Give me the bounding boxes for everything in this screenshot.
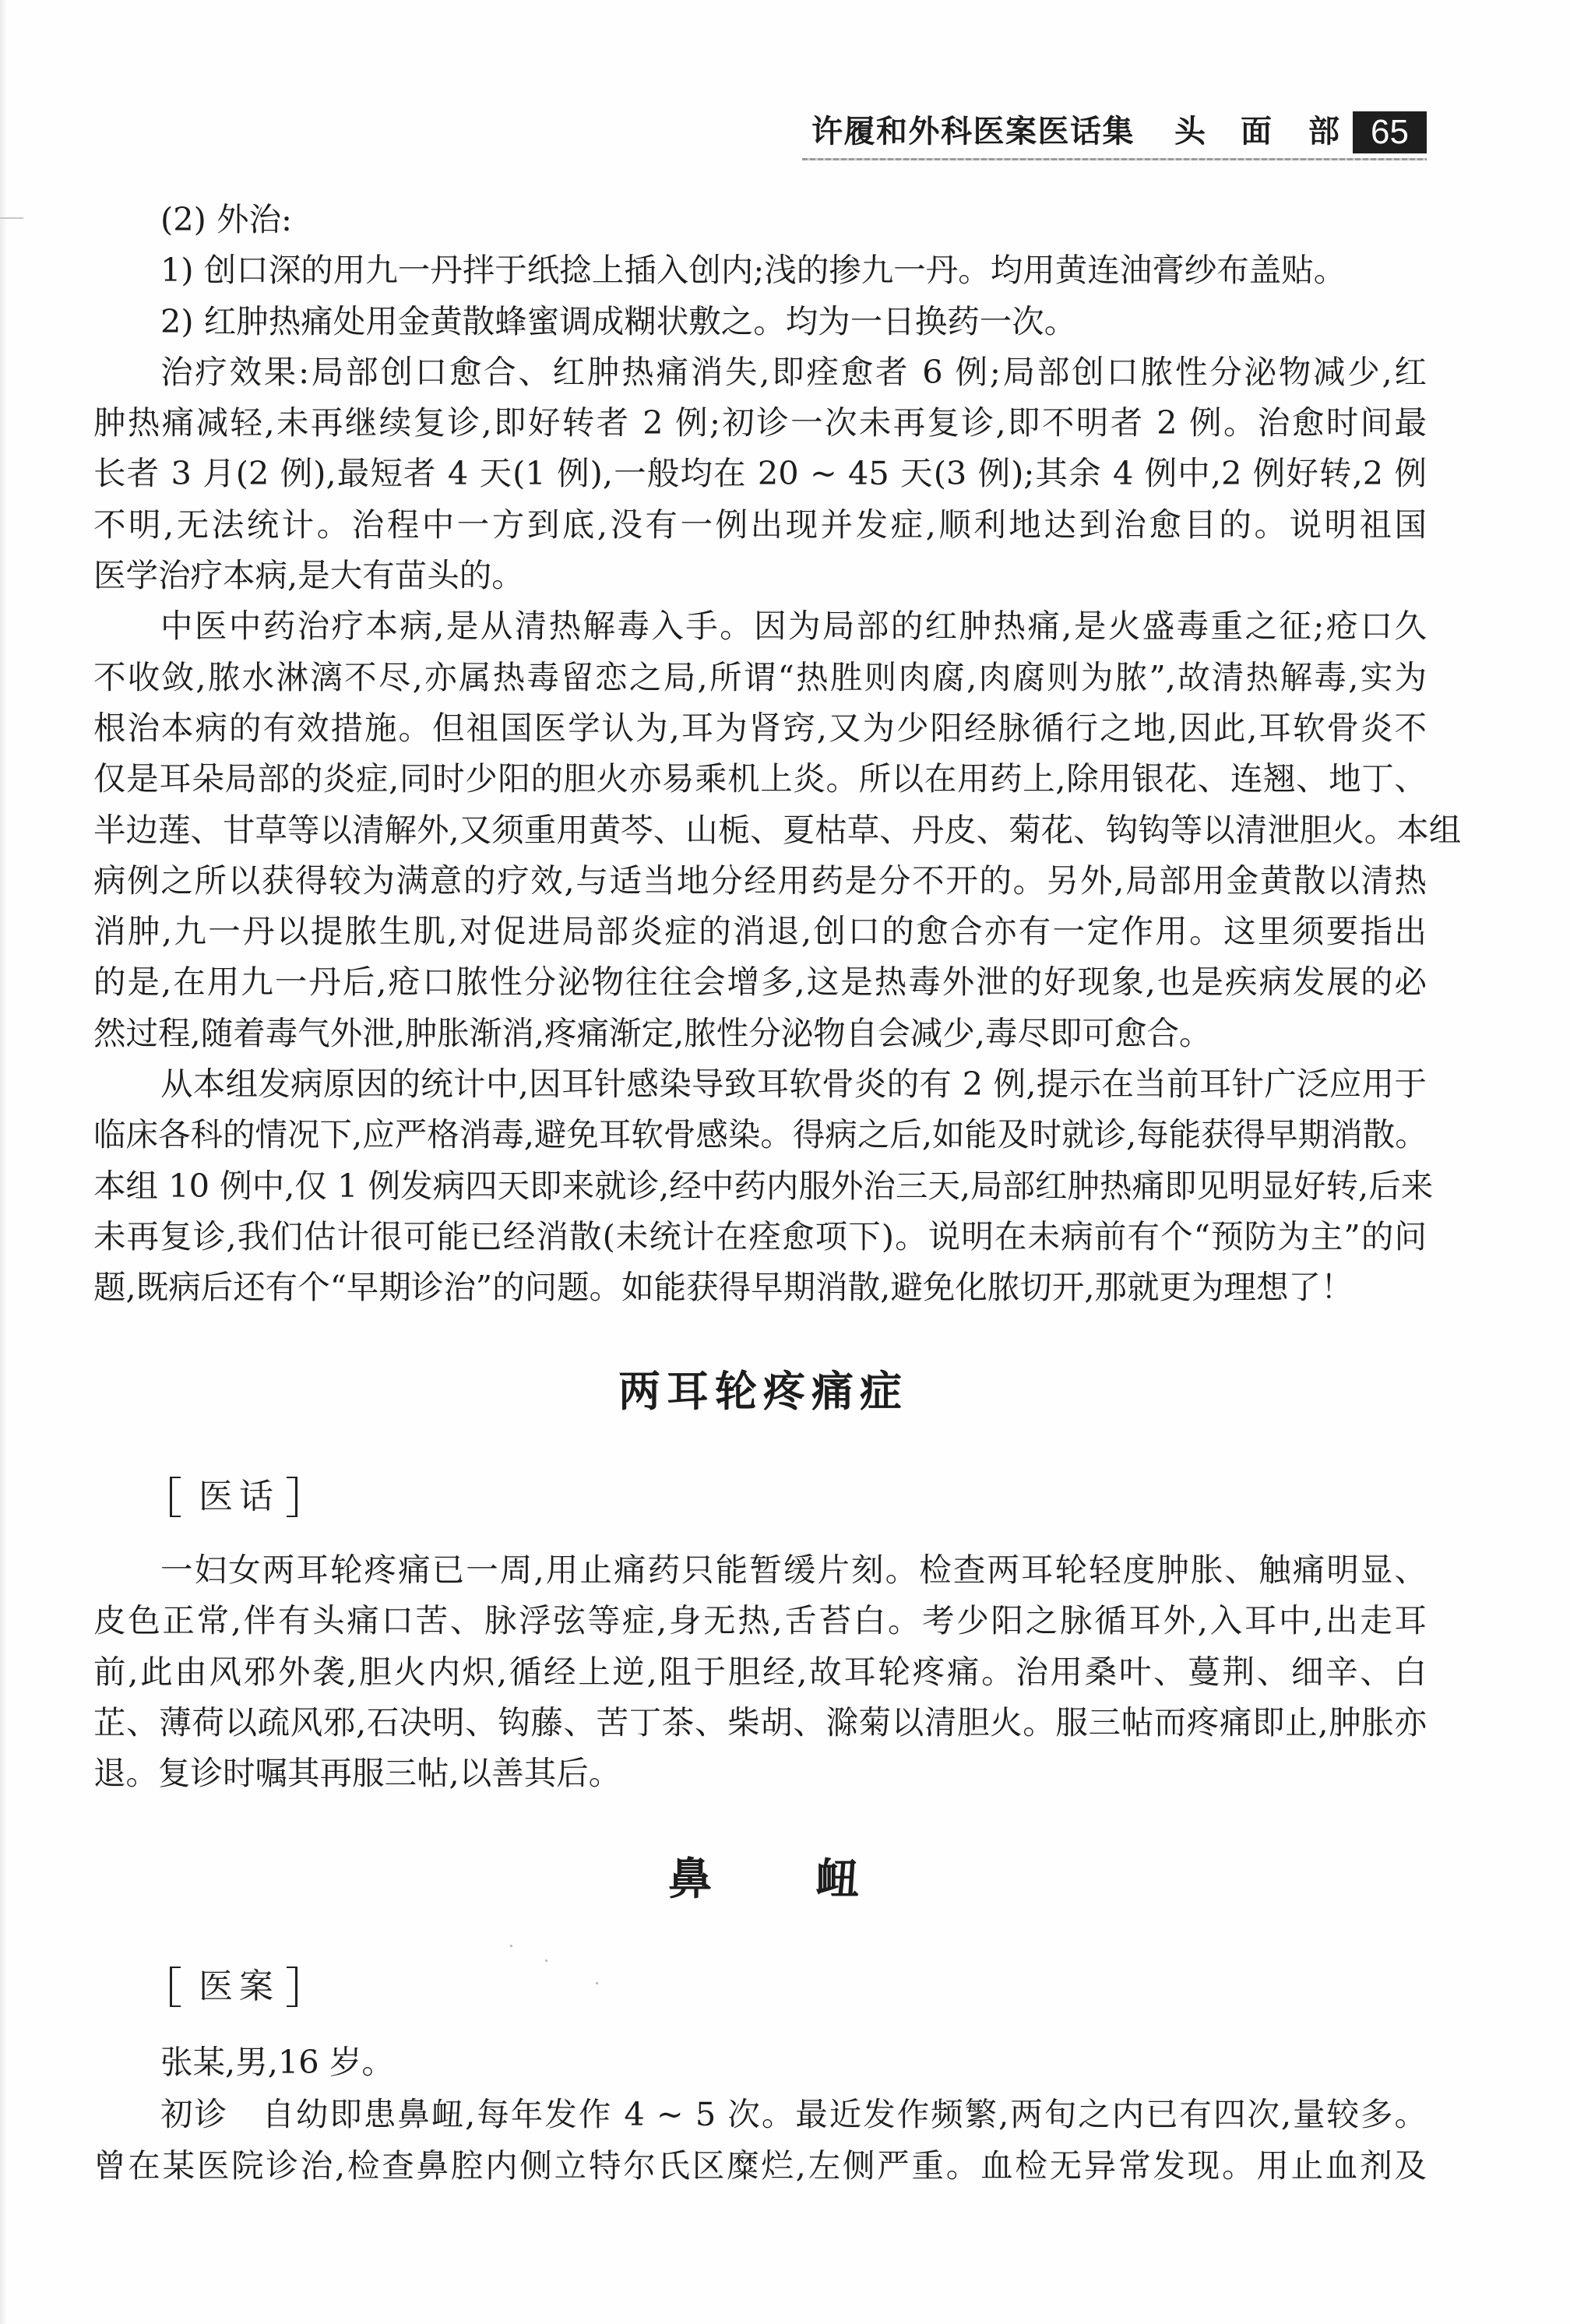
scan-edge-shadow: [0, 0, 7, 2324]
label-text: 医案: [181, 1967, 287, 2007]
paragraph-line: 肿热痛减轻,未再继续复诊,即好转者 2 例;初诊一次未再复诊,即不明者 2 例。…: [93, 397, 1427, 448]
continuation-block: (2) 外治: 1) 创口深的用九一丹拌于纸捻上插入创内;浅的掺九一丹。均用黄连…: [93, 194, 1427, 1313]
paragraph-line: 曾在某医院诊治,检查鼻腔内侧立特尔氏区糜烂,左侧严重。血检无异常发现。用止血剂及: [93, 2140, 1427, 2192]
paragraph-line: 根治本病的有效措施。但祖国医学认为,耳为肾窍,又为少阳经脉循行之地,因此,耳软骨…: [93, 702, 1427, 753]
bracket-left: [170, 1967, 181, 2007]
running-header-section-char: 部: [1308, 113, 1340, 150]
paragraph-line: 半边莲、甘草等以清解外,又须重用黄芩、山栀、夏枯草、丹皮、菊花、钩钩等以清泄胆火…: [93, 805, 1427, 855]
book-page: 许履和外科医案医话集 头 面 部 65 (2) 外治: 1) 创口深的用九一丹拌…: [0, 0, 1570, 2324]
treatment-item: 1) 创口深的用九一丹拌于纸捻上插入创内;浅的掺九一丹。均用黄连油膏纱布盖贴。: [93, 245, 1427, 295]
paragraph-line: 不收敛,脓水淋漓不尽,亦属热毒留恋之局,所谓“热胜则肉腐,肉腐则为脓”,故清热解…: [93, 652, 1427, 702]
treatment-item: 2) 红肿热痛处用金黄散蜂蜜调成糊状敷之。均为一日换药一次。: [93, 296, 1427, 347]
running-header-section-char: 头: [1174, 113, 1206, 150]
paragraph-line: 从本组发病原因的统计中,因耳针感染导致耳软骨炎的有 2 例,提示在当前耳针广泛应…: [93, 1058, 1427, 1109]
paragraph-line: 未再复诊,我们估计很可能已经消散(未统计在痊愈项下)。说明在未病前有个“预防为主…: [93, 1211, 1427, 1262]
header-rule: [802, 158, 1427, 160]
paragraph-line: 医学治疗本病,是大有苗头的。: [93, 550, 1427, 600]
paragraph-line: 消肿,九一丹以提脓生肌,对促进局部炎症的消退,创口的愈合亦有一定作用。这里须要指…: [93, 906, 1427, 956]
paragraph-line: 病例之所以获得较为满意的疗效,与适当地分经用药是分不开的。另外,局部用金黄散以清…: [93, 855, 1427, 906]
paragraph-line: 芷、薄荷以疏风邪,石决明、钩藤、苦丁茶、柴胡、滁菊以清胆火。服三帖而疼痛即止,肿…: [93, 1697, 1427, 1748]
paragraph-line: 中医中药治疗本病,是从清热解毒入手。因为局部的红肿热痛,是火盛毒重之征;疮口久: [93, 600, 1427, 651]
running-header-section-char: 面: [1240, 113, 1273, 150]
paragraph-line: 初诊 自幼即患鼻衄,每年发作 4 ~ 5 次。最近发作频繁,两旬之内已有四次,量…: [93, 2089, 1427, 2141]
paragraph-line: 一妇女两耳轮疼痛已一周,用止痛药只能暂缓片刻。检查两耳轮轻度肿胀、触痛明显、: [93, 1544, 1427, 1595]
bracket-left: [170, 1477, 181, 1517]
section-label-case-record: 医案: [170, 1967, 297, 2007]
paragraph-line: 题,既病后还有个“早期诊治”的问题。如能获得早期消散,避免化脓切开,那就更为理想…: [93, 1262, 1427, 1312]
running-header-book-title: 许履和外科医案医话集: [811, 113, 1135, 150]
label-text: 医话: [181, 1477, 287, 1517]
section-title-ear-pain: 两耳轮疼痛症: [93, 1364, 1427, 1419]
scan-speck: [510, 1945, 512, 1947]
paragraph-line: 长者 3 月(2 例),最短者 4 天(1 例),一般均在 20 ~ 45 天(…: [93, 448, 1427, 498]
paragraph-line: 皮色正常,伴有头痛口苦、脉浮弦等症,身无热,舌苔白。考少阳之脉循耳外,入耳中,出…: [93, 1595, 1427, 1646]
paragraph-line: 前,此由风邪外袭,胆火内炽,循经上逆,阻于胆经,故耳轮疼痛。治用桑叶、蔓荆、细辛…: [93, 1646, 1427, 1697]
page-number-badge: 65: [1353, 111, 1427, 153]
paragraph-line: 退。复诊时嘱其再服三帖,以善其后。: [93, 1748, 1427, 1798]
section-title-nosebleed-char: 鼻: [667, 1852, 713, 1908]
bracket-right: [287, 1967, 297, 2007]
patient-info-line: 张某,男,16 岁。: [93, 2037, 1427, 2089]
paragraph-line: 仅是耳朵局部的炎症,同时少阳的胆火亦易乘机上炎。所以在用药上,除用银花、连翘、地…: [93, 753, 1427, 804]
section-ear-pain-body: 一妇女两耳轮疼痛已一周,用止痛药只能暂缓片刻。检查两耳轮轻度肿胀、触痛明显、 皮…: [93, 1544, 1427, 1798]
scan-speck: [596, 1982, 598, 1984]
section-nosebleed-body: 张某,男,16 岁。 初诊 自幼即患鼻衄,每年发作 4 ~ 5 次。最近发作频繁…: [93, 2037, 1427, 2192]
bracket-right: [287, 1477, 297, 1517]
paragraph-line: 然过程,随着毒气外泄,肿胀渐消,疼痛渐定,脓性分泌物自会减少,毒尽即可愈合。: [93, 1008, 1427, 1058]
subheading-external-treatment: (2) 外治:: [93, 194, 1427, 245]
section-label-medical-talk: 医话: [170, 1477, 297, 1517]
section-title-nosebleed-char: 衄: [815, 1852, 860, 1908]
scan-speck: [545, 1960, 547, 1962]
paragraph-line: 本组 10 例中,仅 1 例发病四天即来就诊,经中药内服外治三天,局部红肿热痛即…: [93, 1160, 1427, 1211]
paragraph-line: 临床各科的情况下,应严格消毒,避免耳软骨感染。得病之后,如能及时就诊,每能获得早…: [93, 1109, 1427, 1160]
paragraph-line: 的是,在用九一丹后,疮口脓性分泌物往往会增多,这是热毒外泄的好现象,也是疾病发展…: [93, 956, 1427, 1007]
paragraph-line: 治疗效果:局部创口愈合、红肿热痛消失,即痊愈者 6 例;局部创口脓性分泌物减少,…: [93, 347, 1427, 397]
scan-mark: [0, 217, 23, 219]
paragraph-line: 不明,无法统计。治程中一方到底,没有一例出现并发症,顺利地达到治愈目的。说明祖国: [93, 499, 1427, 550]
